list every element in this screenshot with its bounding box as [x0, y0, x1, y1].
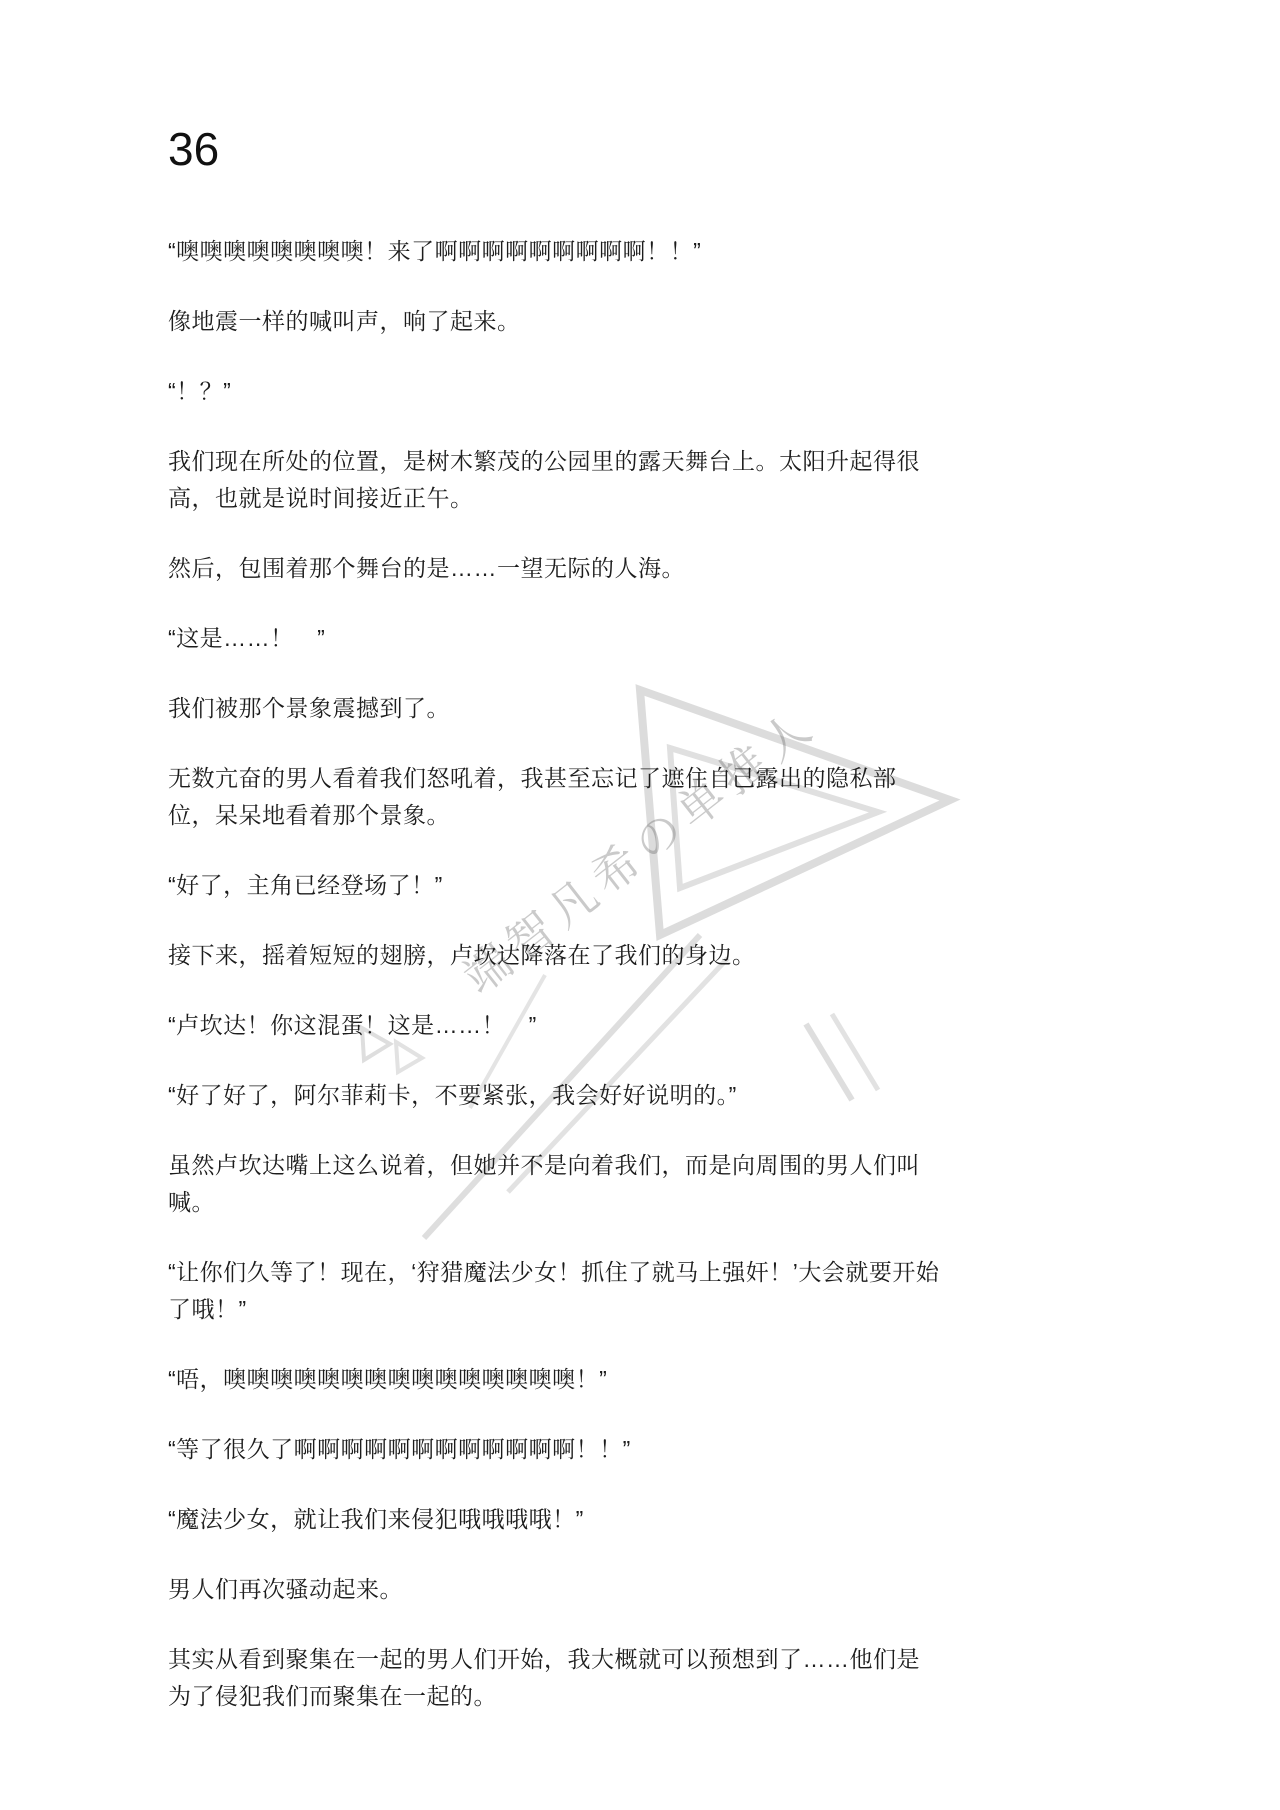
paragraph: 其实从看到聚集在一起的男人们开始，我大概就可以预想到了……他们是为了侵犯我们而聚…: [168, 1641, 940, 1715]
paragraph: 我们现在所处的位置，是树木繁茂的公园里的露天舞台上。太阳升起得很高，也就是说时间…: [168, 443, 940, 517]
paragraph: “卢坎达！你这混蛋！这是……！ ”: [168, 1007, 940, 1044]
chapter-content: 36 “噢噢噢噢噢噢噢噢！来了啊啊啊啊啊啊啊啊啊！！”像地震一样的喊叫声，响了起…: [0, 0, 1280, 1715]
chapter-body: “噢噢噢噢噢噢噢噢！来了啊啊啊啊啊啊啊啊啊！！”像地震一样的喊叫声，响了起来。“…: [168, 233, 940, 1715]
paragraph: 接下来，摇着短短的翅膀，卢坎达降落在了我们的身边。: [168, 937, 940, 974]
paragraph: “好了好了，阿尔菲莉卡，不要紧张，我会好好说明的。”: [168, 1077, 940, 1114]
paragraph: 然后，包围着那个舞台的是……一望无际的人海。: [168, 550, 940, 587]
paragraph: “！？”: [168, 373, 940, 410]
paragraph: 无数亢奋的男人看着我们怒吼着，我甚至忘记了遮住自己露出的隐私部位，呆呆地看着那个…: [168, 760, 940, 834]
paragraph: 像地震一样的喊叫声，响了起来。: [168, 303, 940, 340]
paragraph: 虽然卢坎达嘴上这么说着，但她并不是向着我们，而是向周围的男人们叫喊。: [168, 1147, 940, 1221]
paragraph: “这是……！ ”: [168, 620, 940, 657]
paragraph: “好了，主角已经登场了！”: [168, 867, 940, 904]
chapter-number: 36: [168, 122, 940, 177]
paragraph: 我们被那个景象震撼到了。: [168, 690, 940, 727]
paragraph: “唔，噢噢噢噢噢噢噢噢噢噢噢噢噢噢噢！”: [168, 1361, 940, 1398]
paragraph: 男人们再次骚动起来。: [168, 1571, 940, 1608]
paragraph: “噢噢噢噢噢噢噢噢！来了啊啊啊啊啊啊啊啊啊！！”: [168, 233, 940, 270]
paragraph: “让你们久等了！现在，‘狩猎魔法少女！抓住了就马上强奸！’大会就要开始了哦！”: [168, 1254, 940, 1328]
novel-page: 端智凡希の单推人 36 “噢噢噢噢噢噢噢噢！来了啊啊啊啊啊啊啊啊啊！！”像地震一…: [0, 0, 1280, 1810]
paragraph: “等了很久了啊啊啊啊啊啊啊啊啊啊啊啊！！”: [168, 1431, 940, 1468]
paragraph: “魔法少女，就让我们来侵犯哦哦哦哦！”: [168, 1501, 940, 1538]
